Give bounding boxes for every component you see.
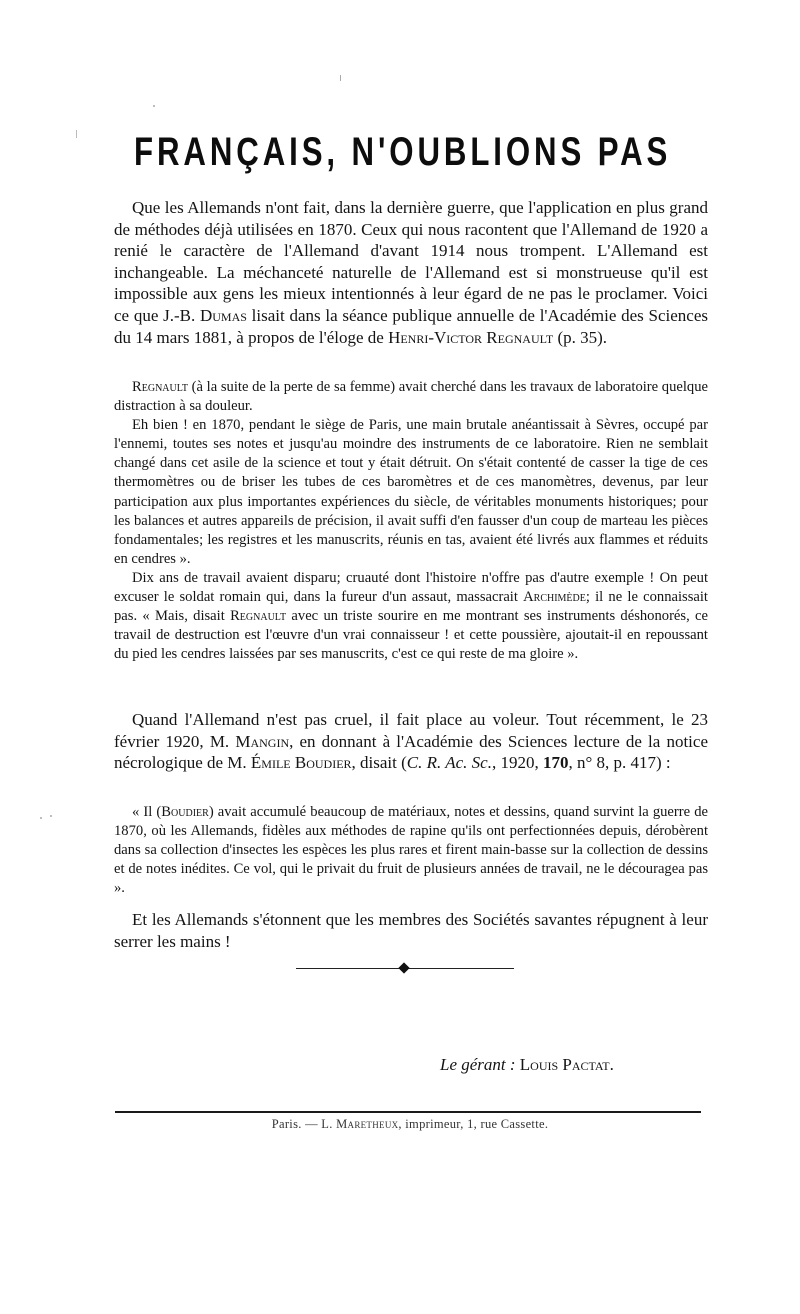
boudier-quote: « Il (Boudier) avait accumulé beaucoup d…: [114, 803, 708, 898]
name-boudier: Émile Boudier: [251, 753, 352, 772]
author-name-dumas: Dumas: [200, 306, 247, 325]
page-title: FRANÇAIS, N'OUBLIONS PAS: [91, 130, 715, 175]
subject-name-regnault: Henri-Victor Regnault: [388, 328, 553, 347]
signature-name: Louis Pactat.: [520, 1055, 614, 1074]
paper-speck: [50, 815, 52, 817]
paragraph-text: , 1920,: [492, 753, 543, 772]
paragraph-text: , n° 8, p. 417) :: [568, 753, 670, 772]
paper-speck: [153, 105, 155, 107]
name-mangin: Mangin: [235, 732, 289, 751]
mangin-paragraph: Quand l'Allemand n'est pas cruel, il fai…: [114, 709, 708, 774]
paper-speck: [340, 75, 341, 81]
imprint-text: Paris. — L.: [272, 1117, 336, 1131]
section-divider: [296, 963, 514, 973]
paper-speck: [76, 130, 77, 138]
paper-speck: [40, 817, 42, 819]
name-archimede: Archimède: [523, 589, 586, 605]
paragraph-text: , disait (: [352, 753, 407, 772]
name-regnault: Regnault: [230, 608, 286, 624]
imprint-text: , imprimeur, 1, rue Cassette.: [398, 1117, 548, 1131]
name-regnault: Regnault: [132, 379, 188, 395]
closing-text: Et les Allemands s'étonnent que les memb…: [114, 909, 708, 952]
citation-source: C. R. Ac. Sc.: [407, 753, 492, 772]
printer-imprint: Paris. — L. Maretheux, imprimeur, 1, rue…: [0, 1117, 800, 1132]
signature-label: Le gérant :: [440, 1055, 516, 1074]
name-boudier: Boudier: [161, 804, 209, 820]
quote-text: « Il (: [132, 804, 161, 820]
citation-volume: 170: [543, 753, 569, 772]
signature: Le gérant : Louis Pactat.: [440, 1055, 614, 1075]
footer-rule: [115, 1111, 701, 1113]
diamond-ornament-icon: [398, 962, 409, 973]
closing-paragraph: Et les Allemands s'étonnent que les memb…: [114, 909, 708, 952]
quote-paragraph: Eh bien ! en 1870, pendant le siège de P…: [114, 416, 708, 569]
quote-text: (à la suite de la perte de sa femme) ava…: [114, 379, 708, 414]
printer-name: Maretheux: [336, 1117, 398, 1131]
intro-text: (p. 35).: [553, 328, 607, 347]
regnault-quote: Regnault (à la suite de la perte de sa f…: [114, 378, 708, 664]
intro-paragraph: Que les Allemands n'ont fait, dans la de…: [114, 197, 708, 348]
